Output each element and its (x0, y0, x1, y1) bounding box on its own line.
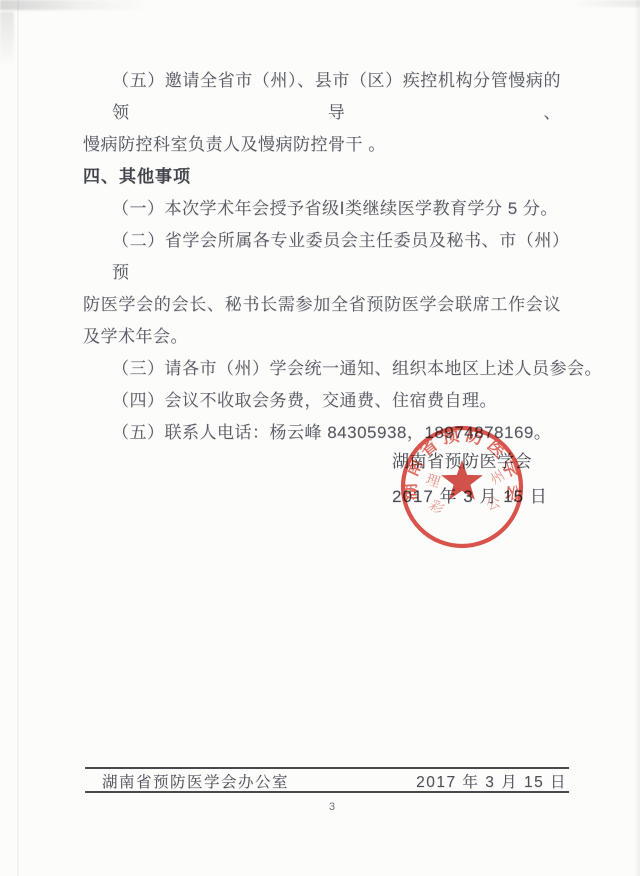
text-line: 防医学会的会长、秘书长需参加全省预防医学会联席工作会议 (83, 289, 561, 321)
scan-edge-shadow (634, 0, 640, 876)
scan-smudge (0, 12, 14, 67)
scan-edge-shadow (17, 0, 19, 876)
footer: 湖南省预防医学会办公室 2017 年 3 月 15 日 (85, 770, 569, 791)
page-number: 3 (320, 801, 344, 813)
text-line: （二）省学会所属各专业委员会主任委员及秘书、市（州）预 (83, 225, 561, 289)
section-heading: 四、其他事项 (83, 161, 561, 193)
signature-org: 湖南省预防医学会 (392, 450, 592, 474)
text-line: 及学术年会。 (83, 321, 561, 353)
footer-rule-bottom (85, 791, 569, 793)
text-line: 慢病防控科室负责人及慢病防控骨干 。 (83, 129, 561, 161)
document-body: （五）邀请全省市（州）、县市（区）疾控机构分管慢病的领导、慢病防控科室负责人及慢… (83, 65, 561, 449)
text-line: （一）本次学术年会授予省级Ⅰ类继续医学教育学分 5 分。 (83, 193, 561, 225)
scan-smudge (570, 0, 640, 7)
signature-date: 2017 年 3 月 15 日 (392, 485, 592, 509)
scanned-document-page: （五）邀请全省市（州）、县市（区）疾控机构分管慢病的领导、慢病防控科室负责人及慢… (0, 0, 640, 876)
text-line: （五）邀请全省市（州）、县市（区）疾控机构分管慢病的领导、 (83, 65, 561, 129)
text-line: （三）请各市（州）学会统一通知、组织本地区上述人员参会。 (83, 353, 561, 385)
text-line: （四）会议不收取会务费，交通费、住宿费自理。 (83, 385, 561, 417)
footer-date: 2017 年 3 月 15 日 (416, 770, 569, 792)
scan-smudge (0, 0, 150, 10)
footer-office: 湖南省预防医学会办公室 (85, 770, 289, 792)
